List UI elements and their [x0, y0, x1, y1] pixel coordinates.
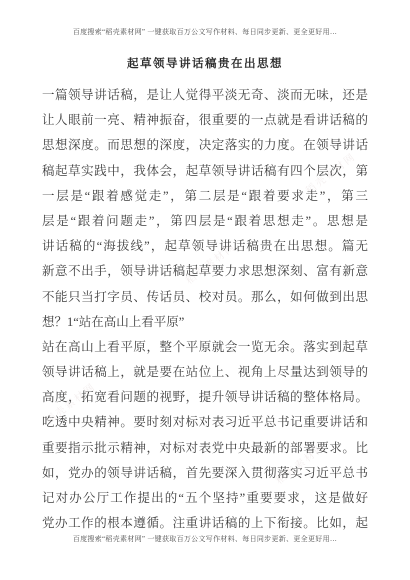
body-line: 站在高山上看平原，整个平原就会一览无余。落实到起草 [42, 335, 368, 360]
body-line: 高度，拓宽看问题的视野，提升领导讲话稿的整体格局。 [42, 385, 368, 410]
header-watermark-note: 百度搜索“稻壳素材网” 一键获取百万公文写作材料、每日同步更新、更全更好用… [20, 27, 390, 37]
body-line: 领导讲话稿上，就是要在站位上、视角上尽量达到领导的 [42, 360, 368, 385]
body-line: 党办工作的根本遵循。注重讲话稿的上下衔接。比如，起 [42, 511, 368, 536]
body-line: 稿起草实践中，我体会，起草领导讲话稿有四个层次，第 [42, 159, 368, 184]
body-line: 让人眼前一亮、精神振奋，很重要的一点就是看讲话稿的 [42, 108, 368, 133]
document-page: 百度搜索“稻壳素材网” 一键获取百万公文写作材料、每日同步更新、更全更好用… 起… [0, 0, 410, 580]
page-title: 起草领导讲话稿贵在出思想 [0, 55, 410, 71]
body-line: 思想深度。而思想的深度，决定落实的力度。在领导讲话 [42, 133, 368, 158]
body-line: 讲话稿的“海拔线”，起草领导讲话稿贵在出思想。篇无 [42, 234, 368, 259]
body-line: 如，党办的领导讲话稿，首先要深入贯彻落实习近平总书 [42, 461, 368, 486]
body-line: 一篇领导讲话稿，是让人觉得平淡无奇、淡而无味，还是 [42, 83, 368, 108]
body-line: 不能只当打字员、传话员、校对员。那么，如何做到出思 [42, 285, 368, 310]
body-line: 记对办公厅工作提出的“五个坚持”重要要求，这是做好 [42, 486, 368, 511]
body-line: 新意不出手，领导讲话稿起草要力求思想深刻、富有新意 [42, 259, 368, 284]
body-text-block: 一篇领导讲话稿，是让人觉得平淡无奇、淡而无味，还是 让人眼前一亮、精神振奋，很重… [42, 83, 368, 536]
body-line-section-heading: 想？1“站在高山上看平原” [42, 310, 368, 335]
body-line: 吃透中央精神。要时刻对标对表习近平总书记重要讲话和 [42, 410, 368, 435]
body-line: 一层是“跟着感觉走”，第二层是“跟着要求走”，第三 [42, 184, 368, 209]
body-line: 层是“跟着问题走”，第四层是“跟着思想走”。思想是 [42, 209, 368, 234]
body-line: 重要指示批示精神，对标对表党中央最新的部署要求。比 [42, 436, 368, 461]
footer-watermark-note: 百度搜索“稻壳素材网” 一键获取百万公文写作材料、每日同步更新、更全更好用… [20, 534, 390, 544]
